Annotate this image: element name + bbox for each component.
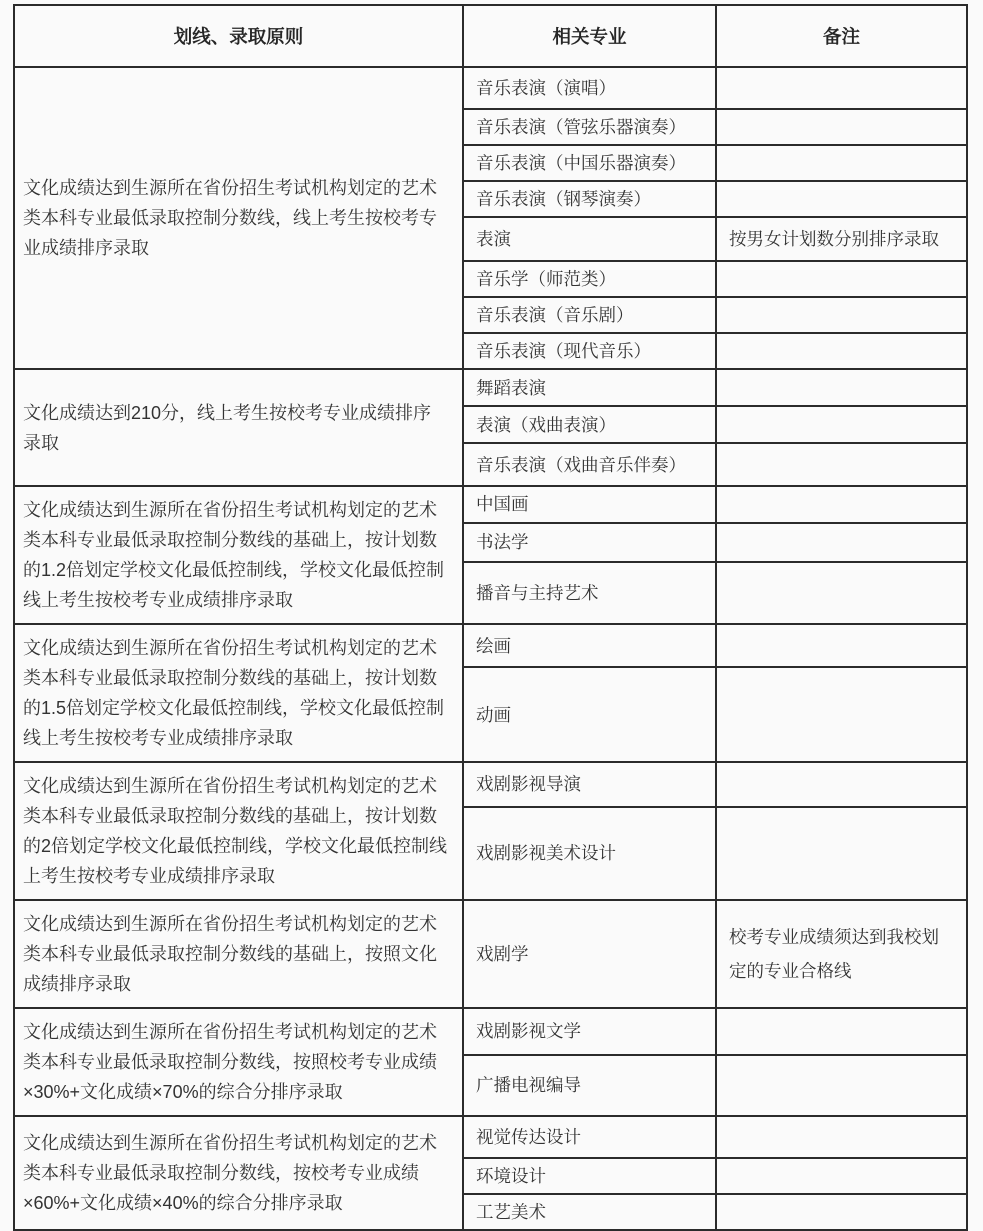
column-header-remark: 备注 (716, 5, 967, 67)
major-cell: 中国画 (463, 486, 716, 523)
table-row: 文化成绩达到生源所在省份招生考试机构划定的艺术类本科专业最低录取控制分数线的基础… (14, 486, 967, 523)
remark-cell: 按男女计划数分别排序录取 (716, 217, 967, 261)
table-row: 文化成绩达到210分，线上考生按校考专业成绩排序录取 舞蹈表演 (14, 369, 967, 406)
document-page: 划线、录取原则 相关专业 备注 文化成绩达到生源所在省份招生考试机构划定的艺术类… (0, 0, 983, 1148)
major-cell: 表演（戏曲表演） (463, 406, 716, 443)
remark-cell (716, 1055, 967, 1116)
major-cell: 音乐表演（中国乐器演奏） (463, 145, 716, 181)
remark-cell (716, 406, 967, 443)
table-row: 文化成绩达到生源所在省份招生考试机构划定的艺术类本科专业最低录取控制分数线，按照… (14, 1008, 967, 1055)
major-cell: 音乐表演（戏曲音乐伴奏） (463, 443, 716, 486)
remark-cell (716, 261, 967, 297)
remark-cell (716, 667, 967, 762)
remark-cell (716, 67, 967, 109)
major-cell: 书法学 (463, 523, 716, 563)
remark-cell (716, 333, 967, 369)
principle-cell: 文化成绩达到生源所在省份招生考试机构划定的艺术类本科专业最低录取控制分数线，线上… (14, 67, 463, 369)
major-cell: 戏剧影视文学 (463, 1008, 716, 1055)
major-cell: 戏剧学 (463, 900, 716, 1008)
remark-cell (716, 145, 967, 181)
principle-cell: 文化成绩达到生源所在省份招生考试机构划定的艺术类本科专业最低录取控制分数线，按照… (14, 1008, 463, 1116)
table-row: 文化成绩达到生源所在省份招生考试机构划定的艺术类本科专业最低录取控制分数线的基础… (14, 624, 967, 667)
table-row: 文化成绩达到生源所在省份招生考试机构划定的艺术类本科专业最低录取控制分数线，按校… (14, 1116, 967, 1158)
remark-cell (716, 181, 967, 217)
remark-cell (716, 109, 967, 145)
major-cell: 广播电视编导 (463, 1055, 716, 1116)
remark-cell (716, 486, 967, 523)
remark-cell (716, 1194, 967, 1230)
remark-cell (716, 562, 967, 624)
major-cell: 音乐学（师范类） (463, 261, 716, 297)
remark-cell (716, 369, 967, 406)
major-cell: 表演 (463, 217, 716, 261)
major-cell: 舞蹈表演 (463, 369, 716, 406)
remark-cell (716, 1008, 967, 1055)
table-row: 文化成绩达到生源所在省份招生考试机构划定的艺术类本科专业最低录取控制分数线，线上… (14, 67, 967, 109)
remark-cell: 校考专业成绩须达到我校划定的专业合格线 (716, 900, 967, 1008)
principle-cell: 文化成绩达到生源所在省份招生考试机构划定的艺术类本科专业最低录取控制分数线的基础… (14, 624, 463, 762)
remark-cell (716, 1116, 967, 1158)
major-cell: 音乐表演（管弦乐器演奏） (463, 109, 716, 145)
major-cell: 戏剧影视美术设计 (463, 807, 716, 900)
major-cell: 播音与主持艺术 (463, 562, 716, 624)
major-cell: 音乐表演（钢琴演奏） (463, 181, 716, 217)
remark-cell (716, 297, 967, 333)
major-cell: 动画 (463, 667, 716, 762)
major-cell: 工艺美术 (463, 1194, 716, 1230)
remark-cell (716, 1158, 967, 1194)
table-row: 文化成绩达到生源所在省份招生考试机构划定的艺术类本科专业最低录取控制分数线的基础… (14, 762, 967, 807)
major-cell: 戏剧影视导演 (463, 762, 716, 807)
principle-cell: 文化成绩达到生源所在省份招生考试机构划定的艺术类本科专业最低录取控制分数线的基础… (14, 762, 463, 900)
principle-cell: 文化成绩达到生源所在省份招生考试机构划定的艺术类本科专业最低录取控制分数线的基础… (14, 900, 463, 1008)
principle-cell: 文化成绩达到生源所在省份招生考试机构划定的艺术类本科专业最低录取控制分数线，按校… (14, 1116, 463, 1230)
remark-cell (716, 443, 967, 486)
remark-cell (716, 807, 967, 900)
principle-cell: 文化成绩达到生源所在省份招生考试机构划定的艺术类本科专业最低录取控制分数线的基础… (14, 486, 463, 624)
major-cell: 音乐表演（现代音乐） (463, 333, 716, 369)
remark-cell (716, 762, 967, 807)
column-header-principle: 划线、录取原则 (14, 5, 463, 67)
principle-cell: 文化成绩达到210分，线上考生按校考专业成绩排序录取 (14, 369, 463, 486)
major-cell: 视觉传达设计 (463, 1116, 716, 1158)
column-header-major: 相关专业 (463, 5, 716, 67)
major-cell: 音乐表演（演唱） (463, 67, 716, 109)
major-cell: 音乐表演（音乐剧） (463, 297, 716, 333)
major-cell: 环境设计 (463, 1158, 716, 1194)
remark-cell (716, 523, 967, 563)
header-row: 划线、录取原则 相关专业 备注 (14, 5, 967, 67)
table-row: 文化成绩达到生源所在省份招生考试机构划定的艺术类本科专业最低录取控制分数线的基础… (14, 900, 967, 1008)
remark-cell (716, 624, 967, 667)
major-cell: 绘画 (463, 624, 716, 667)
admission-rules-table: 划线、录取原则 相关专业 备注 文化成绩达到生源所在省份招生考试机构划定的艺术类… (13, 4, 968, 1231)
